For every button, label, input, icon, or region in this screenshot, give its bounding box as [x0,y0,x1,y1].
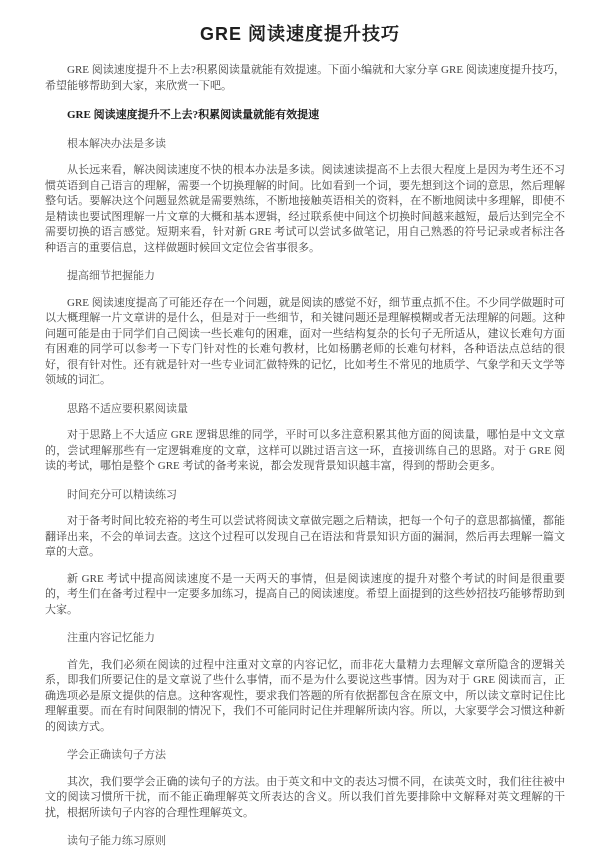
section-intensive-reading: 时间充分可以精读练习 对于备考时间比较充裕的考生可以尝试将阅读文章做完题之后精读… [45,488,565,619]
section-basic-solution: 根本解决办法是多读 从长远来看，解决阅读速度不快的根本办法是多读。阅读速读提高不… [45,137,565,257]
section-paragraph: GRE 阅读速度提高了可能还存在一个问题，就是阅读的感觉不好，细节重点抓不住。不… [45,296,565,389]
section-heading: 思路不适应要积累阅读量 [45,402,565,418]
section-paragraph: 从长远来看，解决阅读速度不快的根本办法是多读。阅读速读提高不上去很大程度上是因为… [45,163,565,256]
section-heading: 时间充分可以精读练习 [45,488,565,504]
document-page: GRE 阅读速度提升技巧 GRE 阅读速度提升不上去?积累阅读量就能有效提速。下… [0,0,600,849]
section-detail-grasp: 提高细节把握能力 GRE 阅读速度提高了可能还存在一个问题，就是阅读的感觉不好，… [45,269,565,389]
section-heading: 读句子能力练习原则 [45,834,565,849]
section-sentence-reading: 学会正确读句子方法 其次，我们要学会正确的读句子的方法。由于英文和中文的表达习惯… [45,748,565,821]
section-paragraph: 对于备考时间比较充裕的考生可以尝试将阅读文章做完题之后精读，把每一个句子的意思都… [45,514,565,561]
section-sentence-practice: 读句子能力练习原则 [45,834,565,849]
article-headline: GRE 阅读速度提升不上去?积累阅读量就能有效提速 [45,108,565,124]
section-paragraph: 新 GRE 考试中提高阅读速度不是一天两天的事情，但是阅读速度的提升对整个考试的… [45,572,565,619]
section-heading: 提高细节把握能力 [45,269,565,285]
section-content-memory: 注重内容记忆能力 首先，我们必须在阅读的过程中注重对文章的内容记忆，而非花大量精… [45,631,565,735]
intro-paragraph: GRE 阅读速度提升不上去?积累阅读量就能有效提速。下面小编就和大家分享 GRE… [45,63,565,94]
section-paragraph: 其次，我们要学会正确的读句子的方法。由于英文和中文的表达习惯不同，在读英文时，我… [45,775,565,822]
section-paragraph: 首先，我们必须在阅读的过程中注重对文章的内容记忆，而非花大量精力去理解文章所隐含… [45,658,565,736]
page-title: GRE 阅读速度提升技巧 [45,22,555,46]
section-heading: 根本解决办法是多读 [45,137,565,153]
section-paragraph: 对于思路上不大适应 GRE 逻辑思维的同学，平时可以多注意积累其他方面的阅读量，… [45,428,565,475]
section-heading: 学会正确读句子方法 [45,748,565,764]
section-heading: 注重内容记忆能力 [45,631,565,647]
section-reading-volume: 思路不适应要积累阅读量 对于思路上不大适应 GRE 逻辑思维的同学，平时可以多注… [45,402,565,475]
